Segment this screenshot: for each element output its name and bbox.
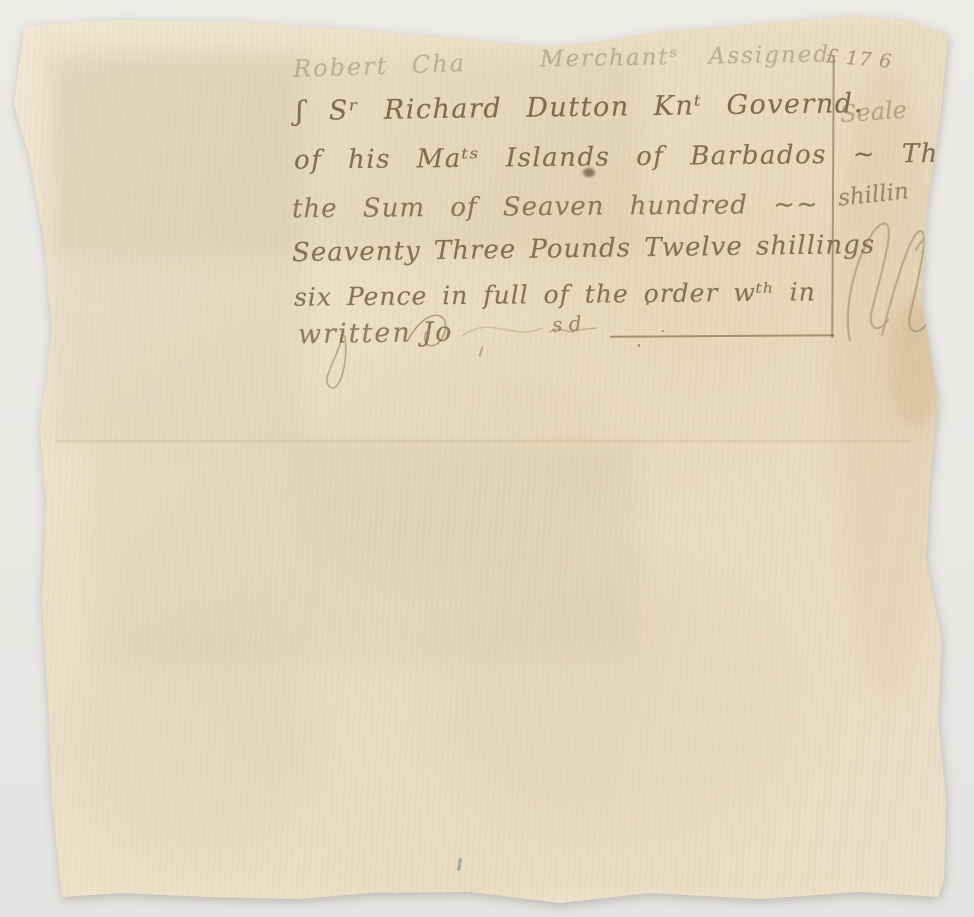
showthrough-rectangle — [90, 445, 640, 660]
descender-loop-flourish — [318, 330, 378, 400]
horizontal-crease — [55, 440, 910, 442]
signature-flourish — [400, 294, 630, 374]
ink-speck — [646, 302, 649, 305]
paper-shadow-wrap: Robert Cha Merchantˢ Assigned £ 17 6 ʃ S… — [0, 0, 974, 917]
stain-left-column — [52, 55, 302, 445]
handwriting-line-sum: the Sum of Seaven hundred ~~ — [292, 190, 819, 225]
margin-fragment-seale: Seale — [839, 96, 908, 129]
ink-speck — [638, 344, 640, 347]
photo-mat-background: Robert Cha Merchantˢ Assigned £ 17 6 ʃ S… — [0, 0, 974, 917]
monogram-flourish — [822, 208, 952, 358]
ink-speck — [662, 330, 664, 332]
handwriting-header-right: Merchantˢ Assigned — [540, 41, 831, 72]
manuscript-sheet: Robert Cha Merchantˢ Assigned £ 17 6 ʃ S… — [0, 0, 974, 917]
ink-blot — [583, 168, 595, 177]
